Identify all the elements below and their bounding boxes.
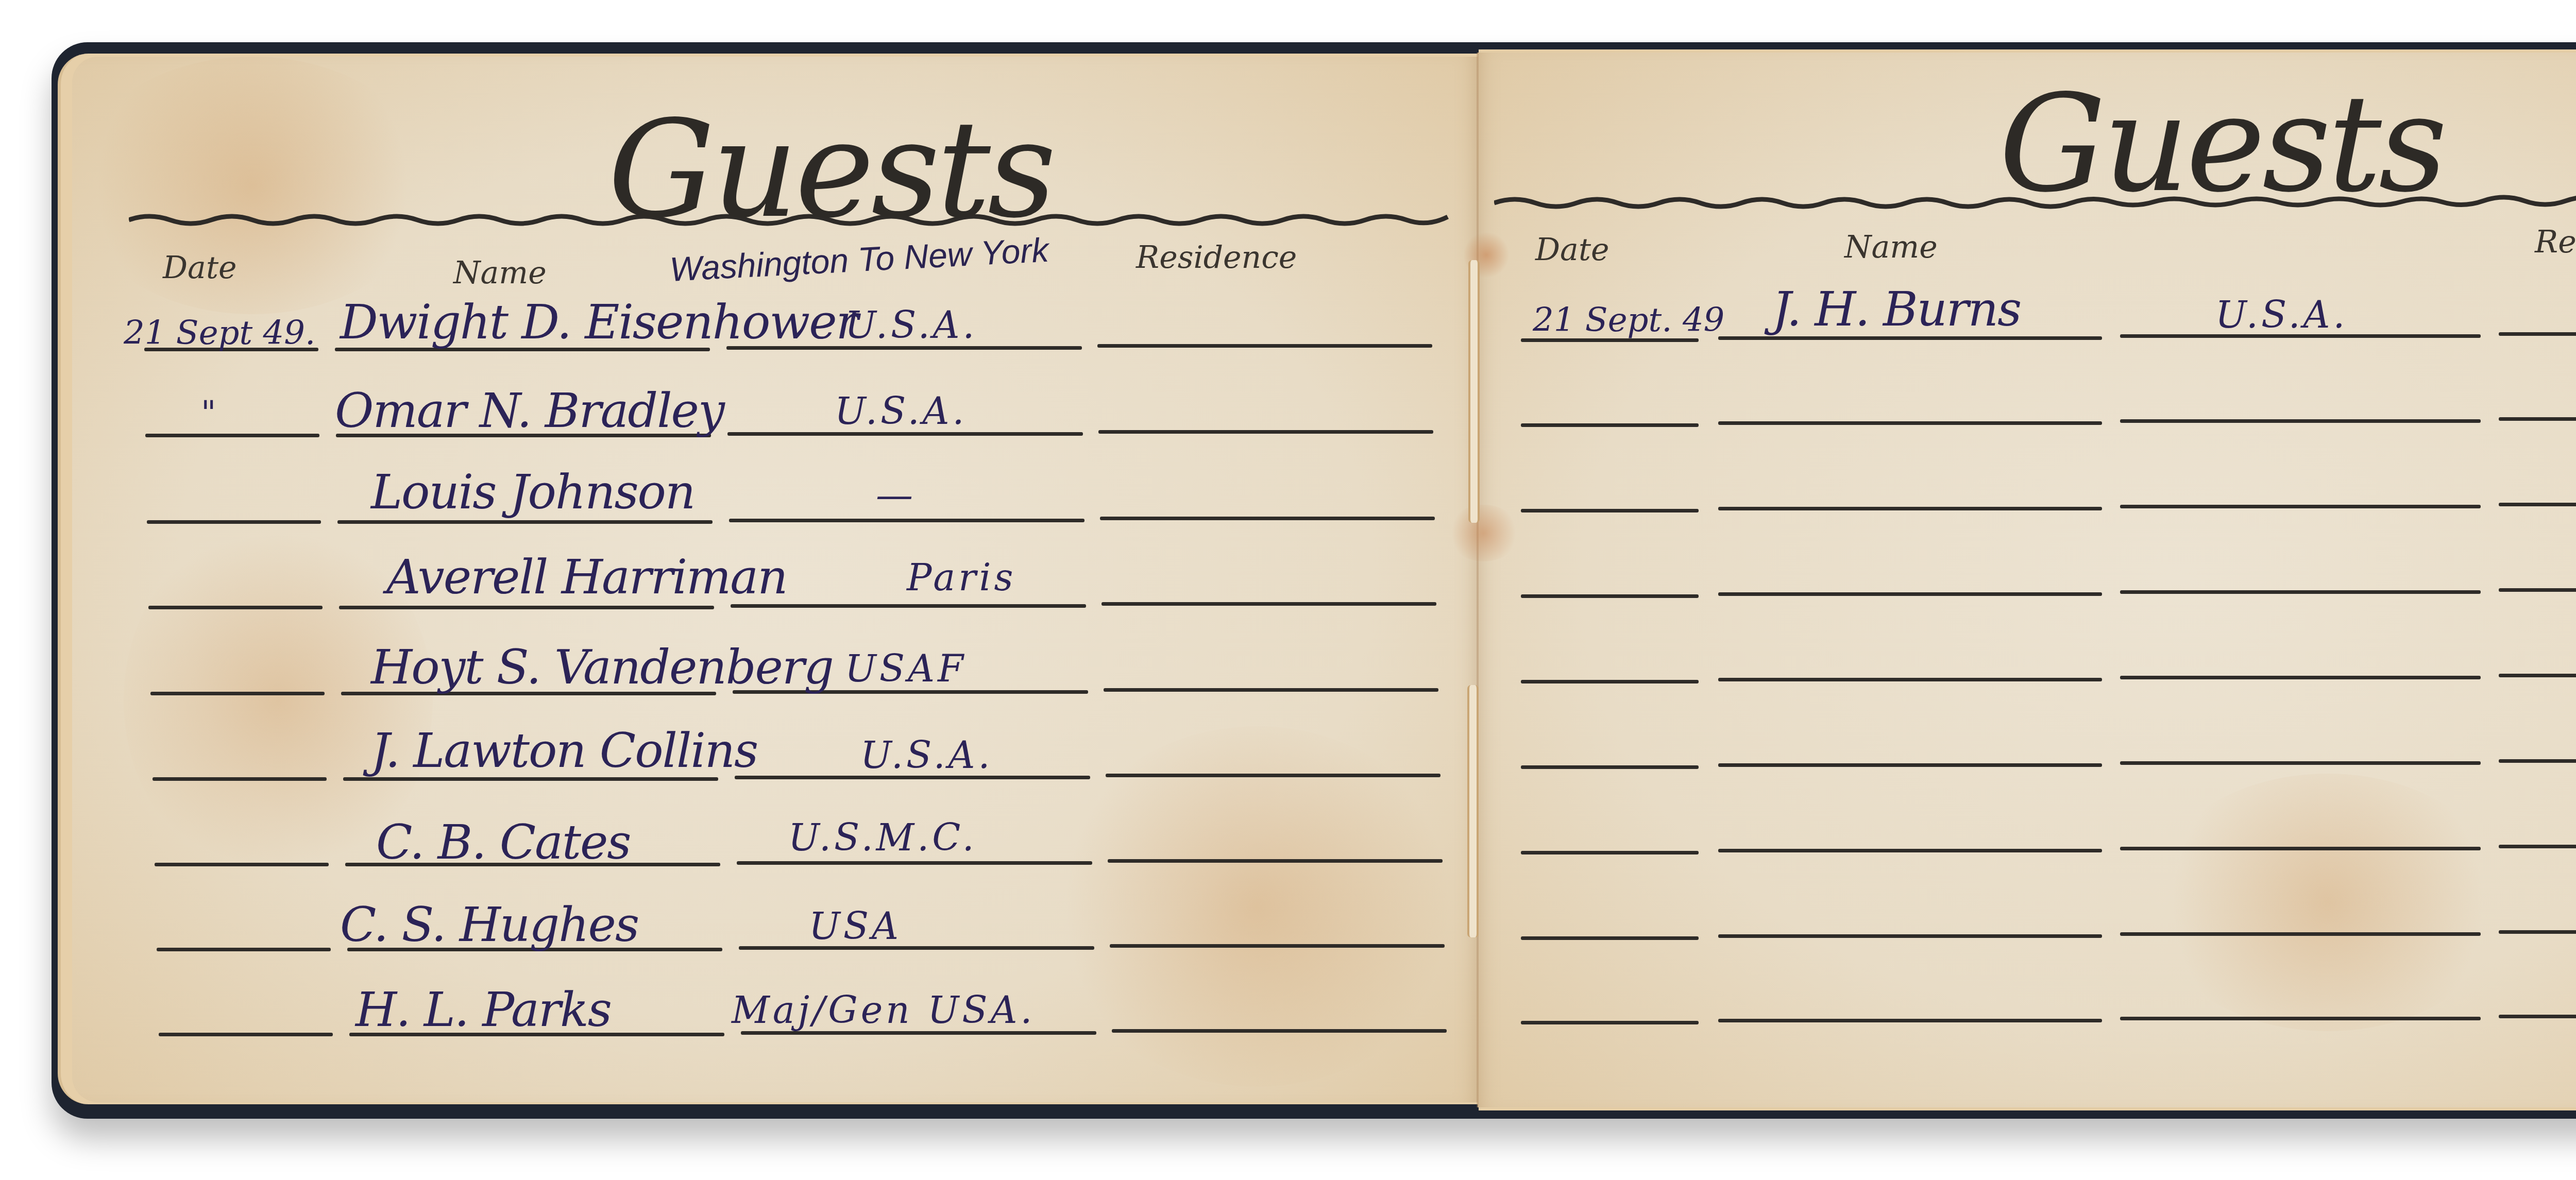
entry-residence: U.S.A. [845,306,977,344]
right-page-title: Guests [1999,77,2444,211]
entry-date: 21 Sept 49. [124,317,315,350]
entry-name: Louis Johnson [371,469,694,516]
entry-name: Omar N. Bradley [335,387,724,435]
entry-date: " [201,397,216,430]
entry-name: Averell Harriman [386,554,787,601]
age-stain [72,57,433,314]
entry-name: C. S. Hughes [340,901,638,949]
entry-residence: USA [809,908,902,945]
entry-residence: Maj/Gen USA. [732,991,1036,1029]
entry-residence: U.S.A. [835,392,967,430]
right-header-date: Date [1535,234,1609,265]
binding-stitch [1467,685,1479,937]
binding-stitch [1468,260,1480,523]
entry-residence: U.S.A. [860,737,993,774]
entry-name: Dwight D. Eisenhower [340,299,858,346]
left-header-residence: Residence [1136,242,1297,273]
entry-name: J. H. Burns [1772,286,2021,333]
entry-name: J. Lawton Collins [371,727,757,775]
entry-name: Hoyt S. Vandenberg [371,644,833,691]
entry-residence: U.S.M.C. [788,819,977,856]
entry-name: H. L. Parks [355,986,611,1034]
spine-stain [1448,505,1520,561]
right-header-residence: Residence [2535,227,2576,258]
entry-residence: USAF [845,650,967,687]
entry-residence: Paris [907,559,1016,596]
entry-date: 21 Sept. 49 [1533,304,1724,337]
entry-residence: — [876,476,916,514]
left-header-date: Date [163,252,237,283]
age-stain [2147,774,2508,1031]
entry-name: C. B. Cates [376,819,631,866]
age-stain [1051,726,1463,1087]
guest-book: Guests Date Name Washington To New York … [0,0,2576,1180]
left-page-title: Guests [608,103,1053,237]
right-header-name: Name [1844,232,1938,263]
spine-fold [1477,53,1479,1107]
entry-residence: U.S.A. [2215,296,2348,333]
left-header-name: Name [453,258,547,288]
